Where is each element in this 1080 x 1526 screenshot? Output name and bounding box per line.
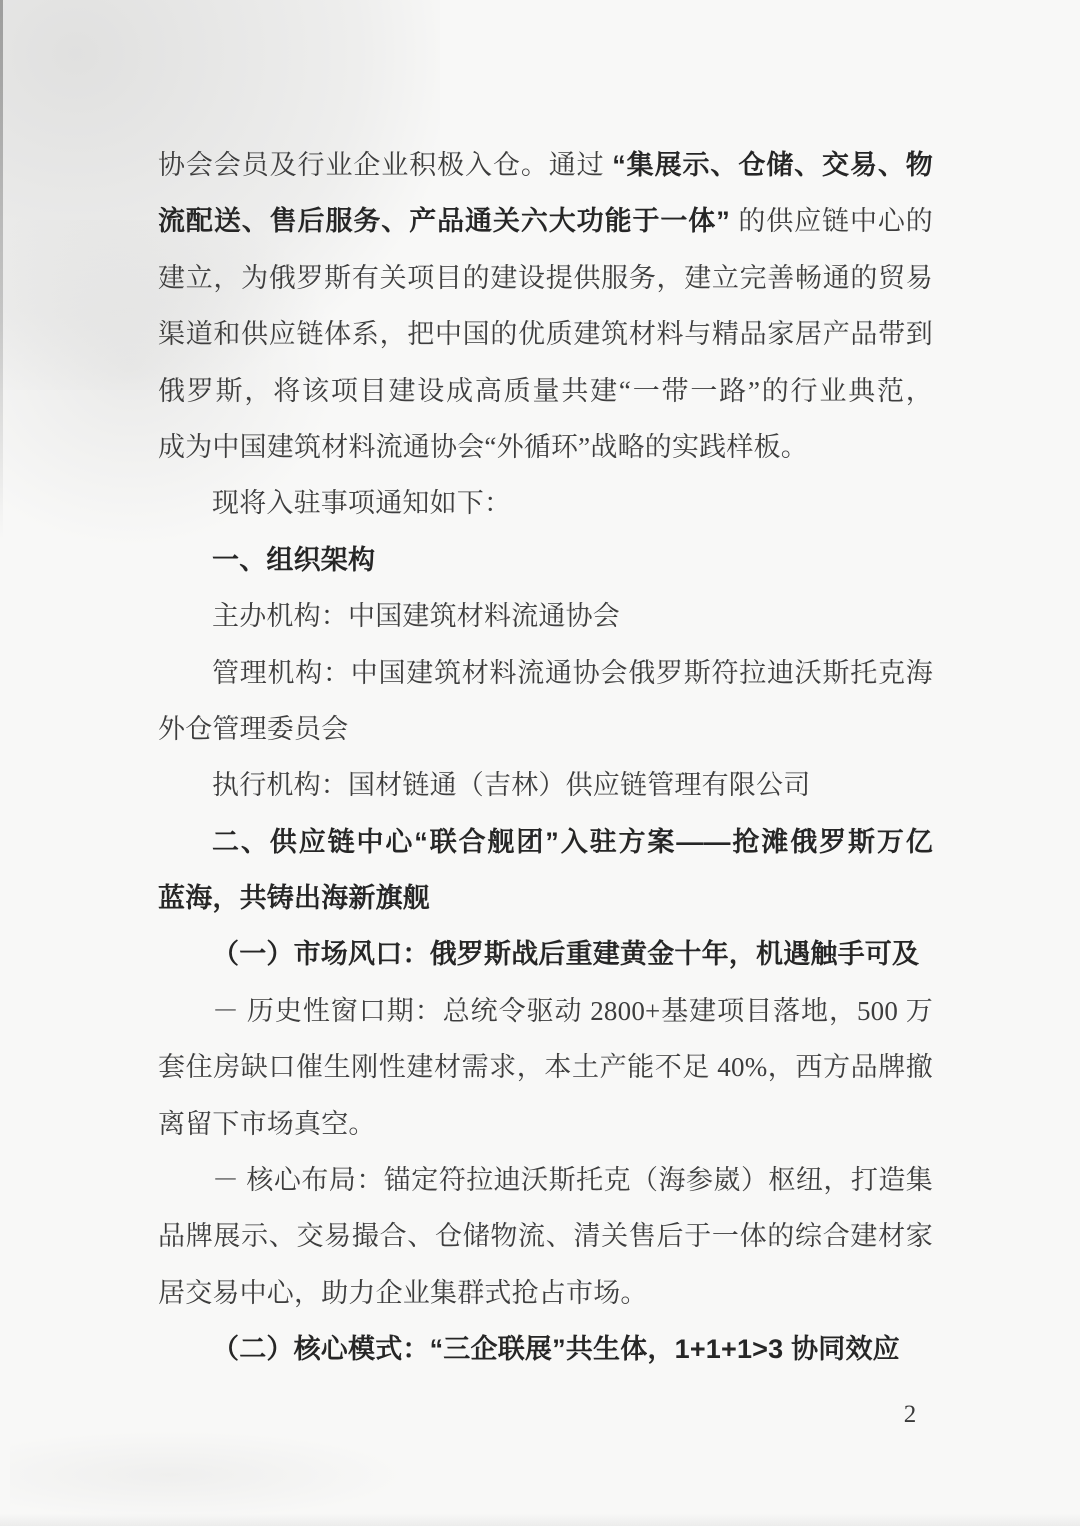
text-segment: 俄罗斯，将该项目建设成高质量共建“一带一路”的行业典范， [158, 376, 933, 406]
document-body: 协会会员及行业企业积极入仓。通过 “集展示、仓储、交易、物流配送、售后服务、产品… [158, 137, 933, 1378]
text-segment: － 核心布局：锚定符拉迪沃斯托克（海参崴）枢纽，打造集 [212, 1165, 933, 1195]
scan-strip-bottom [0, 1514, 1080, 1526]
page-number: 2 [890, 1398, 930, 1432]
document-page: 协会会员及行业企业积极入仓。通过 “集展示、仓储、交易、物流配送、售后服务、产品… [0, 0, 1080, 1526]
text-line: （二）核心模式：“三企联展”共生体，1+1+1>3 协同效应 [158, 1321, 933, 1377]
text-line: 建立，为俄罗斯有关项目的建设提供服务，建立完善畅通的贸易 [158, 250, 933, 306]
text-line: 现将入驻事项通知如下： [158, 475, 933, 531]
text-line: 一、组织架构 [158, 532, 933, 588]
text-segment: 现将入驻事项通知如下： [212, 488, 511, 518]
text-segment: 成为中国建筑材料流通协会“外循环”战略的实践样板。 [158, 432, 808, 462]
text-segment: 外仓管理委员会 [158, 714, 348, 744]
text-line: （一）市场风口：俄罗斯战后重建黄金十年，机遇触手可及 [158, 926, 933, 982]
text-segment: 主办机构：中国建筑材料流通协会 [212, 601, 620, 631]
bold-text-segment: 二、供应链中心“联合舰团”入驻方案——抢滩俄罗斯万亿 [212, 827, 933, 857]
text-segment: 套住房缺口催生刚性建材需求，本土产能不足 40%，西方品牌撤 [158, 1052, 933, 1082]
bold-text-segment: “集展示、仓储、交易、物 [612, 150, 933, 180]
text-line: 离留下市场真空。 [158, 1096, 933, 1152]
bold-text-segment: （二）核心模式：“三企联展”共生体，1+1+1>3 协同效应 [212, 1334, 900, 1364]
text-segment: 离留下市场真空。 [158, 1109, 376, 1139]
bold-text-segment: 蓝海，共铸出海新旗舰 [158, 883, 430, 913]
text-line: 外仓管理委员会 [158, 701, 933, 757]
bold-text-segment: 一、组织架构 [212, 545, 375, 575]
text-segment: － 历史性窗口期：总统令驱动 2800+基建项目落地，500 万 [212, 996, 933, 1026]
text-segment: 执行机构：国材链通（吉林）供应链管理有限公司 [212, 770, 810, 800]
text-line: 蓝海，共铸出海新旗舰 [158, 870, 933, 926]
text-line: 品牌展示、交易撮合、仓储物流、清关售后于一体的综合建材家 [158, 1208, 933, 1264]
text-line: 渠道和供应链体系，把中国的优质建筑材料与精品家居产品带到 [158, 306, 933, 362]
text-line: － 历史性窗口期：总统令驱动 2800+基建项目落地，500 万 [158, 983, 933, 1039]
text-line: 管理机构：中国建筑材料流通协会俄罗斯符拉迪沃斯托克海 [158, 645, 933, 701]
text-line: 协会会员及行业企业积极入仓。通过 “集展示、仓储、交易、物 [158, 137, 933, 193]
bold-text-segment: 流配送、售后服务、产品通关六大功能于一体” [158, 206, 738, 236]
text-line: 流配送、售后服务、产品通关六大功能于一体” 的供应链中心的 [158, 193, 933, 249]
text-line: 主办机构：中国建筑材料流通协会 [158, 588, 933, 644]
scan-smudge-bottom-left [10, 1430, 410, 1520]
text-line: 成为中国建筑材料流通协会“外循环”战略的实践样板。 [158, 419, 933, 475]
scan-edge-artifact [0, 0, 3, 540]
text-line: － 核心布局：锚定符拉迪沃斯托克（海参崴）枢纽，打造集 [158, 1152, 933, 1208]
text-segment: 建立，为俄罗斯有关项目的建设提供服务，建立完善畅通的贸易 [158, 263, 933, 293]
text-line: 套住房缺口催生刚性建材需求，本土产能不足 40%，西方品牌撤 [158, 1039, 933, 1095]
text-line: 居交易中心，助力企业集群式抢占市场。 [158, 1265, 933, 1321]
text-line: 二、供应链中心“联合舰团”入驻方案——抢滩俄罗斯万亿 [158, 814, 933, 870]
text-segment: 协会会员及行业企业积极入仓。通过 [158, 150, 612, 180]
text-line: 执行机构：国材链通（吉林）供应链管理有限公司 [158, 757, 933, 813]
text-line: 俄罗斯，将该项目建设成高质量共建“一带一路”的行业典范， [158, 363, 933, 419]
text-segment: 渠道和供应链体系，把中国的优质建筑材料与精品家居产品带到 [158, 319, 933, 349]
text-segment: 品牌展示、交易撮合、仓储物流、清关售后于一体的综合建材家 [158, 1221, 933, 1251]
text-segment: 的供应链中心的 [738, 206, 933, 236]
text-segment: 管理机构：中国建筑材料流通协会俄罗斯符拉迪沃斯托克海 [212, 658, 933, 688]
text-segment: 居交易中心，助力企业集群式抢占市场。 [158, 1278, 648, 1308]
bold-text-segment: （一）市场风口：俄罗斯战后重建黄金十年，机遇触手可及 [212, 939, 919, 969]
